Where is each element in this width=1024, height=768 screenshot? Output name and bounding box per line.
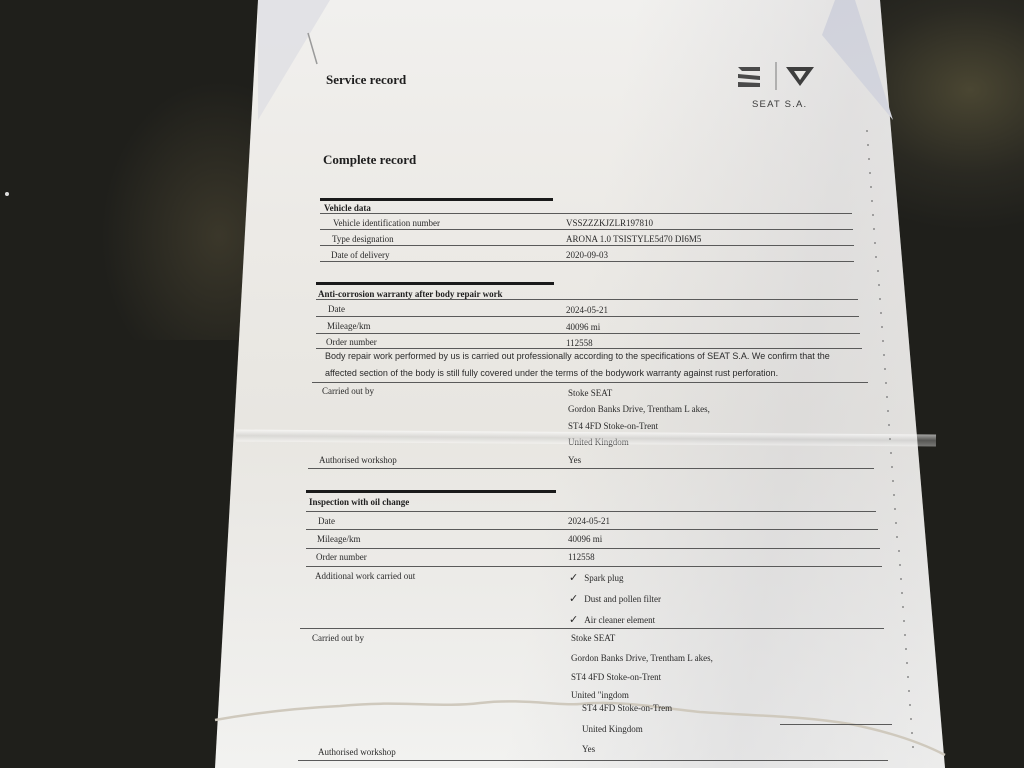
insp-carried-out-label: Carried out by [312,633,364,643]
perforation-dot [907,676,909,678]
ac-authorised-label: Authorised workshop [319,455,397,465]
ac-date-value: 2024-05-21 [566,305,608,315]
divider [306,566,882,567]
insp-workshop-country: United "ingdom [571,690,629,700]
perforation-dot [901,592,903,594]
perforation-dot [905,648,907,650]
perforation-dot [878,284,880,286]
additional-item: ✓Spark plug [569,571,623,584]
ac-workshop-city: ST4 4FD Stoke-on-Trent [568,421,658,431]
divider [316,333,860,334]
additional-item-text: Dust and pollen filter [584,594,661,604]
type-value: ARONA 1.0 TSISTYLE5d70 DI6M5 [566,234,701,244]
additional-work-label: Additional work carried out [315,571,415,581]
divider [320,229,853,230]
section-bar [306,490,556,493]
insp-date-value: 2024-05-21 [568,516,610,526]
divider [780,724,892,725]
perforation-dot [902,606,904,608]
divider [300,628,884,629]
additional-item-text: Spark plug [584,573,623,583]
insp-workshop-name: Stoke SEAT [571,633,615,643]
perforation-dot [899,564,901,566]
record-subtitle: Complete record [323,152,416,168]
divider [320,261,854,262]
insp-order-label: Order number [316,552,367,562]
additional-item: ✓Dust and pollen filter [569,592,661,605]
delivery-value: 2020-09-03 [566,250,608,260]
warranty-statement-line-2: affected section of the body is still fu… [325,368,778,378]
perforation-dot [886,396,888,398]
divider [316,299,858,300]
document-title: Service record [326,72,406,88]
divider [316,348,862,349]
staple-icon [305,30,321,70]
section-bar [320,198,553,201]
additional-item-text: Air cleaner element [584,615,655,625]
vin-value: VSSZZZKJZLR197810 [566,218,653,228]
anti-corrosion-heading: Anti-corrosion warranty after body repai… [318,289,503,299]
perforation-dot [880,312,882,314]
delivery-label: Date of delivery [331,250,389,260]
perforation-dot [903,620,905,622]
perforation-dot [908,690,910,692]
checkmark-icon: ✓ [569,572,578,584]
checkmark-icon: ✓ [569,614,578,626]
insp-order-value: 112558 [568,552,595,562]
ac-date-label: Date [328,304,345,314]
vehicle-data-heading: Vehicle data [324,203,371,213]
divider [306,529,878,530]
insp-authorised-value: Yes [582,744,595,754]
perforation-dot [879,298,881,300]
perforation-dot [904,634,906,636]
warranty-statement-line-1: Body repair work performed by us is carr… [325,351,830,361]
perforation-dot [887,410,889,412]
ac-order-value: 112558 [566,338,593,348]
insp-workshop-city: ST4 4FD Stoke-on-Trent [571,672,661,682]
table-speck [5,192,9,196]
divider [308,468,874,469]
brand-name: SEAT S.A. [752,99,807,110]
perforation-dot [906,662,908,664]
perforation-dot [882,340,884,342]
perforation-dot [885,382,887,384]
ac-mileage-label: Mileage/km [327,321,371,331]
torn-overlap-country: United Kingdom [582,724,643,734]
insp-mileage-label: Mileage/km [317,534,361,544]
divider [306,511,876,512]
perforation-dot [866,130,868,132]
torn-overlap-city: ST4 4FD Stoke-on-Trem [582,703,672,713]
perforation-dot [898,550,900,552]
divider [298,760,888,761]
perforation-dot [900,578,902,580]
insp-authorised-label: Authorised workshop [318,747,396,757]
seat-logo-icon [738,67,760,87]
checkmark-icon: ✓ [569,593,578,605]
insp-date-label: Date [318,516,335,526]
divider [320,245,854,246]
perforation-dot [883,354,885,356]
divider [312,382,868,383]
cupra-logo-icon [786,67,814,86]
insp-mileage-value: 40096 mi [568,534,602,544]
type-label: Type designation [332,234,394,244]
ac-authorised-value: Yes [568,455,581,465]
ac-carried-out-label: Carried out by [322,386,374,396]
divider [316,316,859,317]
ac-order-label: Order number [326,337,377,347]
ac-workshop-street: Gordon Banks Drive, Trentham L akes, [568,404,710,414]
ac-mileage-value: 40096 mi [566,322,600,332]
divider [320,213,852,214]
perforation-dot [877,270,879,272]
inspection-heading: Inspection with oil change [309,497,409,507]
vin-label: Vehicle identification number [333,218,440,228]
additional-item: ✓Air cleaner element [569,613,655,626]
perforation-dot [884,368,886,370]
ac-workshop-name: Stoke SEAT [568,388,612,398]
perforation-dot [881,326,883,328]
section-bar [316,282,554,285]
divider [306,548,880,549]
insp-workshop-street: Gordon Banks Drive, Trentham L akes, [571,653,713,663]
